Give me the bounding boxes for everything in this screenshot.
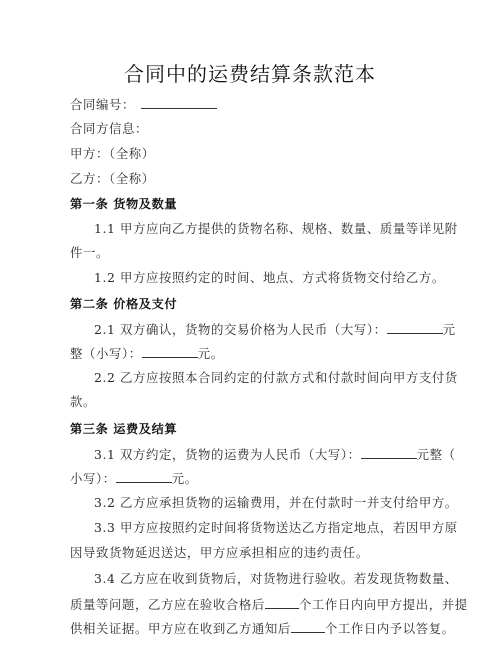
clause-3-1-line-1: 3.1 双方约定，货物的运费为人民币（大写）：元整（	[94, 446, 456, 463]
clause-3-1-unit: 元整（	[417, 447, 456, 462]
clause-3-4-text-d: 个工作日内予以答复。	[325, 621, 455, 636]
clause-2-2-line-2: 款。	[70, 394, 96, 410]
clause-1-1-line-1: 1.1 甲方应向乙方提供的货物名称、规格、数量、质量等详见附	[94, 221, 458, 237]
clause-2-1-text: 2.1 双方确认，货物的交易价格为人民币（大写）：	[94, 322, 387, 337]
days-to-reply-blank[interactable]	[291, 620, 325, 633]
freight-lowercase-blank[interactable]	[116, 470, 172, 483]
clause-3-1-text: 3.1 双方约定，货物的运费为人民币（大写）：	[94, 447, 361, 462]
clause-3-3-line-2: 因导致货物延迟送达，甲方应承担相应的违约责任。	[70, 545, 369, 561]
clause-1-2-line-1: 1.2 甲方应按照约定的时间、地点、方式将货物交付给乙方。	[94, 270, 445, 286]
clause-2-1-text-2: 整（小写）：	[70, 346, 142, 361]
contract-number-field: 合同编号：	[70, 96, 217, 113]
contract-number-blank[interactable]	[141, 96, 217, 109]
section-2-heading: 第二条 价格及支付	[70, 296, 177, 312]
clause-3-2-line-1: 3.2 乙方应承担货物的运输费用，并在付款时一并支付给甲方。	[94, 495, 458, 511]
clause-3-4-text-c: 供相关证据。甲方应在收到乙方通知后	[70, 621, 291, 636]
party-b-line: 乙方：（全称）	[70, 171, 155, 187]
clause-1-1-line-2: 件一。	[70, 245, 109, 261]
days-to-report-blank[interactable]	[265, 596, 299, 609]
freight-uppercase-blank[interactable]	[361, 446, 417, 459]
clause-2-1-line-1: 2.1 双方确认，货物的交易价格为人民币（大写）：元	[94, 321, 456, 338]
clause-3-1-text-2: 小写）：	[70, 471, 116, 486]
clause-3-3-line-1: 3.3 甲方应按照约定时间将货物送达乙方指定地点，若因甲方原	[94, 520, 458, 536]
clause-3-1-line-2: 小写）：元。	[70, 470, 198, 487]
clause-3-4-line-2: 质量等问题，乙方应在验收合格后个工作日内向甲方提出，并提	[70, 596, 468, 613]
clause-3-4-line-3: 供相关证据。甲方应在收到乙方通知后个工作日内予以答复。	[70, 620, 455, 637]
section-1-heading: 第一条 货物及数量	[70, 196, 177, 212]
clause-2-1-unit-2: 元。	[198, 346, 224, 361]
document-title: 合同中的运费结算条款范本	[0, 58, 500, 87]
clause-2-1-unit: 元	[443, 322, 456, 337]
clause-3-4-text-a: 质量等问题，乙方应在验收合格后	[70, 597, 265, 612]
clause-3-4-line-1: 3.4 乙方应在收到货物后，对货物进行验收。若发现货物数量、	[94, 571, 458, 587]
amount-lowercase-blank[interactable]	[142, 345, 198, 358]
clause-3-4-text-b: 个工作日内向甲方提出，并提	[299, 597, 468, 612]
section-3-heading: 第三条 运费及结算	[70, 421, 177, 437]
party-a-line: 甲方：（全称）	[70, 146, 155, 162]
contract-number-label: 合同编号：	[70, 97, 135, 112]
clause-3-1-unit-2: 元。	[172, 471, 198, 486]
clause-2-2-line-1: 2.2 乙方应按照本合同约定的付款方式和付款时间向甲方支付货	[94, 370, 458, 386]
clause-2-1-line-2: 整（小写）：元。	[70, 345, 224, 362]
amount-uppercase-blank[interactable]	[387, 321, 443, 334]
parties-info-label: 合同方信息：	[70, 121, 148, 137]
